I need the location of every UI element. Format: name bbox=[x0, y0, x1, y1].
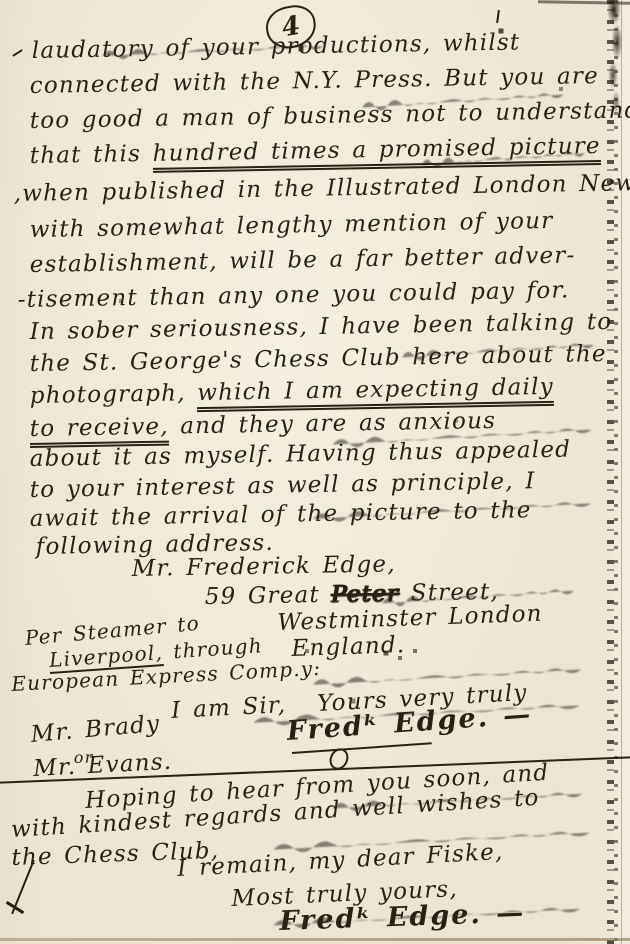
bottom-page-edge bbox=[0, 938, 630, 941]
letter-line: too good a man of business not to unders… bbox=[30, 97, 630, 134]
letter-line: photograph, which I am expecting daily bbox=[30, 374, 555, 409]
page-gutter-dashes-secondary bbox=[614, 0, 618, 944]
letter-line: await the arrival of the picture to the bbox=[30, 497, 532, 532]
page-gutter-line bbox=[621, 0, 622, 944]
exclamation-mark-stroke bbox=[496, 10, 500, 23]
line-text: ,when published in the Illustrated Londo… bbox=[14, 170, 630, 207]
page-gutter-dashes bbox=[607, 0, 614, 944]
line-text: -tisement than any one you could pay for… bbox=[18, 277, 570, 313]
ink-specks bbox=[0, 0, 2, 2]
line-text: that this bbox=[30, 141, 153, 169]
letter-line: laudatory of your productions, whilst bbox=[32, 29, 521, 64]
letter-line: ,when published in the Illustrated Londo… bbox=[14, 170, 630, 207]
line-text: In sober seriousness, I have been talkin… bbox=[30, 309, 613, 345]
line-text: too good a man of business not to unders… bbox=[30, 97, 630, 134]
letter-line: In sober seriousness, I have been talkin… bbox=[30, 309, 613, 345]
blotted-text: Peter bbox=[331, 581, 399, 608]
margin-mark-top-left bbox=[12, 49, 22, 57]
address-line-name: Mr. Frederick Edge, bbox=[132, 551, 396, 582]
underlined-text: which I am expecting daily bbox=[197, 374, 554, 412]
line-text: the St. George's Chess Club here about t… bbox=[30, 341, 607, 377]
letter-line: establishment, will be a far better adve… bbox=[30, 242, 576, 278]
letter-line: that this hundred times a promised pictu… bbox=[30, 133, 601, 169]
line-text: photograph, bbox=[30, 380, 198, 409]
line-text: await the arrival of the picture to the bbox=[30, 497, 532, 532]
letter-line: the St. George's Chess Club here about t… bbox=[30, 341, 607, 377]
line-text: 59 Great bbox=[205, 582, 332, 610]
line-text: laudatory of your productions, whilst bbox=[32, 29, 521, 64]
line-text: Mr. Frederick Edge, bbox=[132, 551, 396, 582]
scanned-letter-page: 4 laudatory of your productions, whilst … bbox=[0, 0, 630, 944]
line-text: with somewhat lengthy mention of your bbox=[30, 208, 554, 243]
underlined-text: to receive, bbox=[30, 414, 170, 448]
top-edge-shadow bbox=[538, 0, 630, 5]
line-text: establishment, will be a far better adve… bbox=[30, 242, 576, 278]
recipient-line: Mr. Brady bbox=[30, 711, 162, 748]
letter-line: with somewhat lengthy mention of your bbox=[30, 208, 554, 243]
letter-line: -tisement than any one you could pay for… bbox=[18, 277, 570, 313]
line-text: Mr. Brady bbox=[30, 711, 162, 748]
